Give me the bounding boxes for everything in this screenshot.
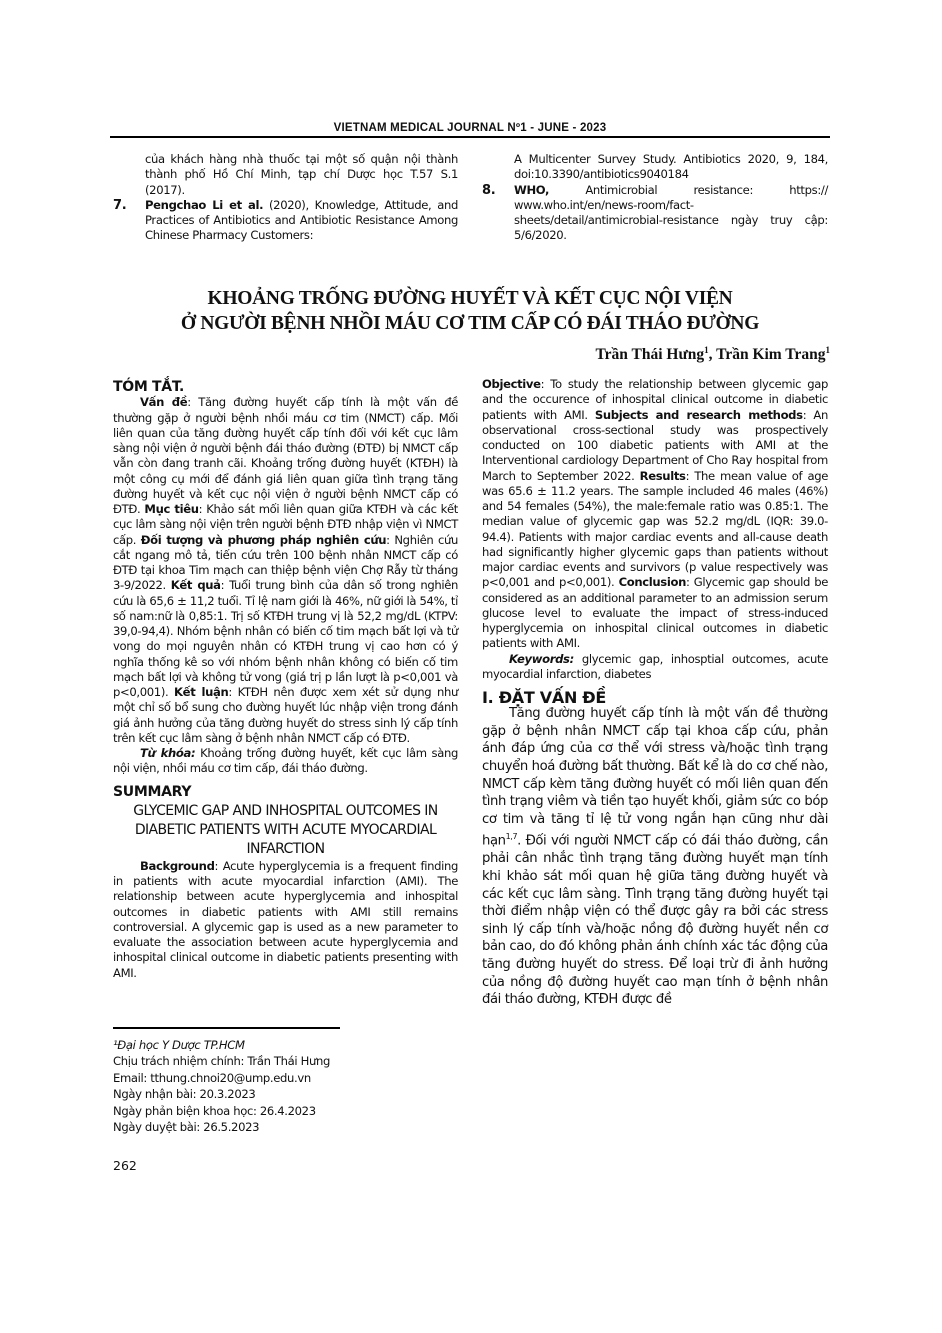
header-rule: [110, 136, 830, 138]
abstract-en-keywords: Keywords: glycemic gap, inhosptial outco…: [482, 652, 828, 683]
reference-7-continuation: A Multicenter Survey Study. Antibiotics …: [482, 152, 828, 183]
introduction-heading: I. ĐẶT VẤN ĐỀ: [482, 690, 828, 705]
introduction-paragraph: Tăng đường huyết cấp tính là một vấn đề …: [482, 705, 828, 1008]
footnote-received-date: Ngày nhận bài: 20.3.2023: [113, 1086, 330, 1102]
summary-heading: SUMMARY: [113, 785, 458, 800]
abstract-vi-body: Vấn đề: Tăng đường huyết cấp tính là một…: [113, 395, 458, 746]
footnotes: ¹Đại học Y Dược TP.HCM Chịu trách nhiệm …: [113, 1037, 330, 1135]
summary-title: GLYCEMIC GAP AND INHOSPITAL OUTCOMES IN …: [113, 802, 458, 859]
abstract-vi-keywords: Từ khóa: Khoảng trống đường huyết, kết c…: [113, 746, 458, 777]
reference-7: 7. Pengchao Li et al. (2020), Knowledge,…: [113, 198, 458, 244]
authors: Trần Thái Hưng1, Trần Kim Trang1: [595, 345, 830, 364]
reference-author: WHO,: [514, 183, 549, 197]
references-right: A Multicenter Survey Study. Antibiotics …: [482, 152, 828, 244]
journal-header: VIETNAM MEDICAL JOURNAL Nº1 - JUNE - 202…: [110, 122, 830, 134]
page-number: 262: [113, 1158, 137, 1173]
footnote-rule: [113, 1027, 340, 1029]
abstract-vi-heading: TÓM TẮT.: [113, 380, 458, 395]
footnote-affiliation: ¹Đại học Y Dược TP.HCM: [113, 1037, 330, 1053]
footnote-review-date: Ngày phản biện khoa học: 26.4.2023: [113, 1103, 330, 1119]
footnote-accepted-date: Ngày duyệt bài: 26.5.2023: [113, 1119, 330, 1135]
reference-8: 8. WHO, Antimicrobial resistance: https:…: [482, 183, 828, 244]
footnote-email: Email: tthung.chnoi20@ump.edu.vn: [113, 1070, 330, 1086]
author-name: Trần Thái Hưng: [595, 346, 704, 363]
reference-6-continuation: của khách hàng nhà thuốc tại một số quận…: [113, 152, 458, 198]
reference-author: Pengchao Li et al.: [145, 198, 263, 212]
author-name: Trần Kim Trang: [716, 346, 825, 363]
left-column: TÓM TẮT. Vấn đề: Tăng đường huyết cấp tí…: [113, 380, 458, 981]
reference-number: 7.: [113, 198, 126, 213]
references-left: của khách hàng nhà thuốc tại một số quận…: [113, 152, 458, 244]
footnote-corresponding-author: Chịu trách nhiệm chính: Trần Thái Hưng: [113, 1053, 330, 1069]
abstract-en-body-continued: Objective: To study the relationship bet…: [482, 377, 828, 652]
abstract-en-body: Background: Acute hyperglycemia is a fre…: [113, 859, 458, 981]
article-title: KHOẢNG TRỐNG ĐƯỜNG HUYẾT VÀ KẾT CỤC NỘI …: [110, 286, 830, 336]
reference-number: 8.: [482, 183, 495, 198]
right-column: Objective: To study the relationship bet…: [482, 377, 828, 1009]
